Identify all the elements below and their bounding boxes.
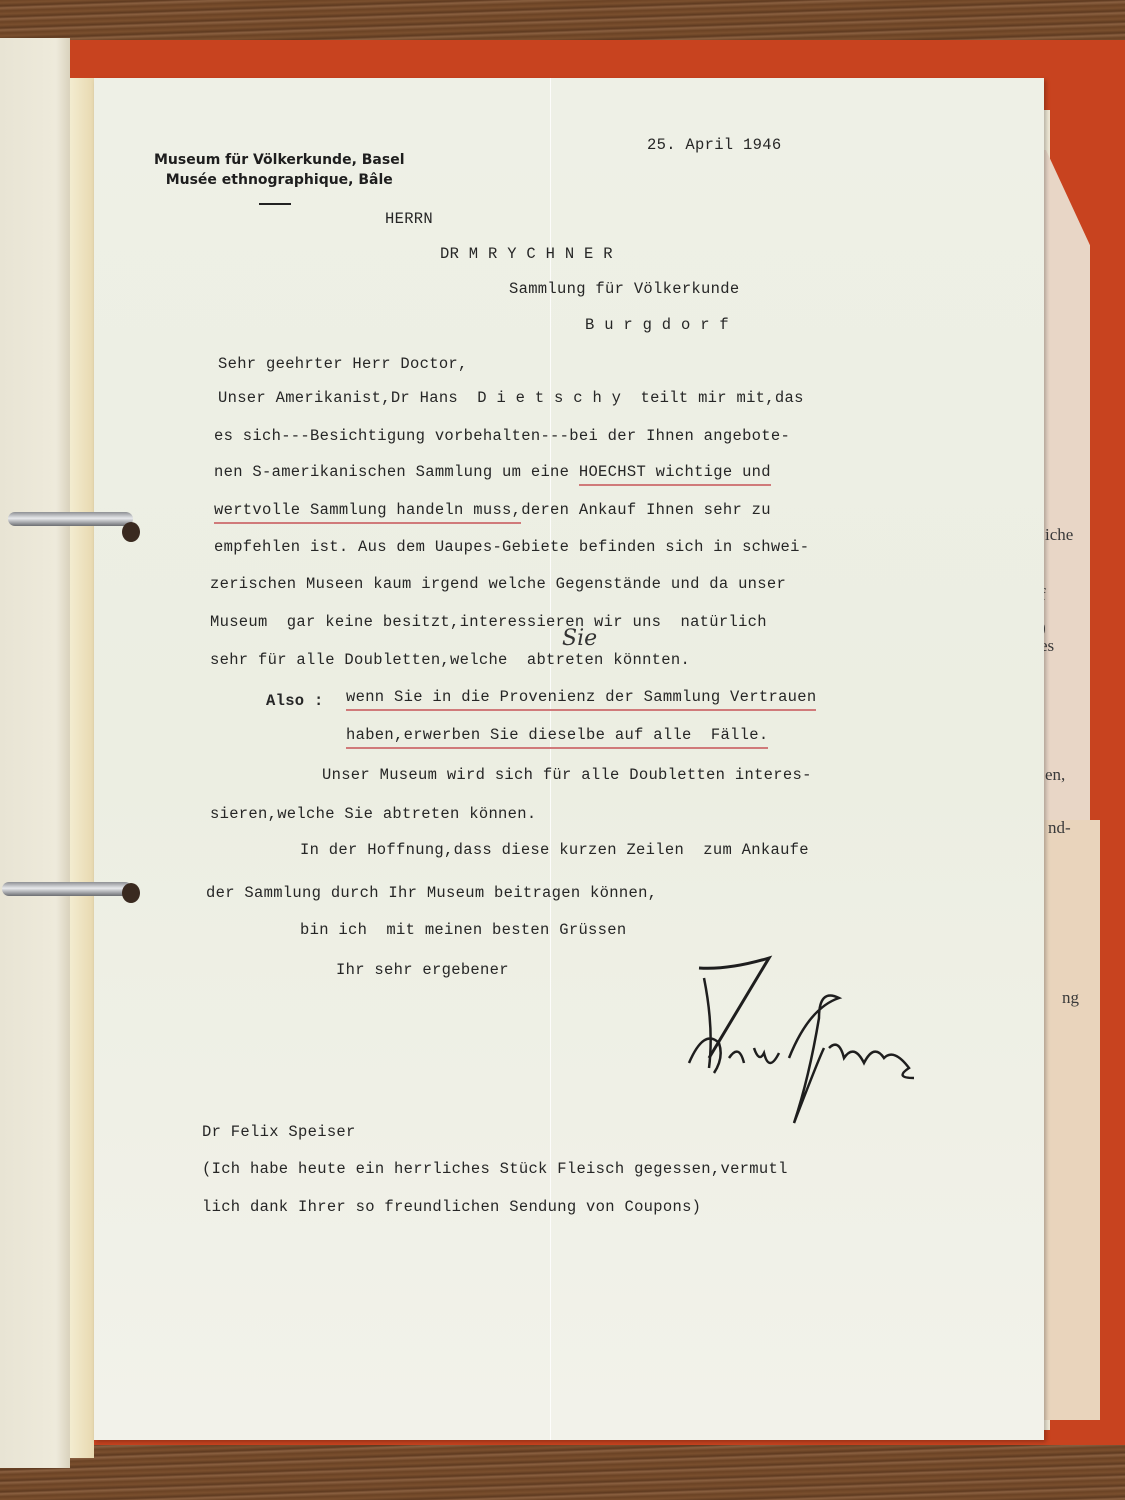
- signature-icon: Felix Speiser: [669, 948, 929, 1148]
- closing-line: Ihr sehr ergebener: [336, 961, 509, 979]
- svg-text:Felix Speiser: Felix Speiser: [799, 1142, 807, 1144]
- emphasis-line-2: haben,erwerben Sie dieselbe auf alle Fäl…: [346, 726, 768, 749]
- closing-line: In der Hoffnung,dass diese kurzen Zeilen…: [300, 841, 809, 859]
- paragraph-line: sieren,welche Sie abtreten können.: [210, 805, 536, 823]
- fragment-text: nd-: [1048, 818, 1071, 838]
- paragraph-line: Unser Museum wird sich für alle Doublett…: [322, 766, 812, 784]
- binder-ring: [2, 882, 132, 896]
- postscript-line: (Ich habe heute ein herrliches Stück Fle…: [202, 1160, 788, 1178]
- letterhead-line-2: Musée ethnographique, Bâle: [154, 170, 405, 190]
- recipient-institution: Sammlung für Völkerkunde: [509, 280, 739, 298]
- postscript-line: lich dank Ihrer so freundlichen Sendung …: [202, 1198, 701, 1216]
- underlined-phrase: wertvolle Sammlung handeln muss,: [214, 501, 521, 524]
- binder-ring: [8, 512, 133, 526]
- body-line: Museum gar keine besitzt,interessieren w…: [210, 613, 767, 631]
- signatory-name: Dr Felix Speiser: [202, 1123, 356, 1141]
- letter-page: Museum für Völkerkunde, Basel Musée ethn…: [94, 78, 1044, 1440]
- letter-date: 25. April 1946: [647, 136, 781, 154]
- closing-line: der Sammlung durch Ihr Museum beitragen …: [206, 884, 657, 902]
- body-line: nen S-amerikanischen Sammlung um eine HO…: [214, 463, 771, 481]
- emphasis-line-1: wenn Sie in die Provenienz der Sammlung …: [346, 688, 816, 711]
- fragment-text: ng: [1062, 988, 1079, 1008]
- ring-hole: [122, 522, 140, 542]
- letterhead: Museum für Völkerkunde, Basel Musée ethn…: [154, 150, 405, 190]
- letterhead-rule: [259, 203, 291, 205]
- greeting: Sehr geehrter Herr Doctor,: [218, 355, 468, 373]
- body-line: sehr für alle Doubletten,welche abtreten…: [210, 651, 690, 669]
- fragment-text: iche: [1045, 525, 1073, 545]
- emphasis-label: Also :: [266, 692, 324, 710]
- recipient-city: B u r g d o r f: [585, 316, 729, 334]
- letterhead-line-1: Museum für Völkerkunde, Basel: [154, 150, 405, 170]
- closing-line: bin ich mit meinen besten Grüssen: [300, 921, 626, 939]
- underlined-phrase: HOECHST wichtige und: [579, 463, 771, 486]
- body-line: empfehlen ist. Aus dem Uaupes-Gebiete be…: [214, 538, 809, 556]
- handwritten-insert: Sie: [562, 626, 597, 651]
- body-line: wertvolle Sammlung handeln muss,deren An…: [214, 501, 771, 519]
- body-line: Unser Amerikanist,Dr Hans D i e t s c h …: [218, 389, 804, 407]
- ring-hole: [122, 883, 140, 903]
- binder-spine: [70, 78, 94, 1458]
- body-line: es sich---Besichtigung vorbehalten---bei…: [214, 427, 790, 445]
- fragment-text: en,: [1045, 765, 1065, 785]
- left-binder-page: [0, 38, 70, 1468]
- recipient-prefix: HERRN: [385, 210, 433, 228]
- body-line: zerischen Museen kaum irgend welche Gege…: [210, 575, 786, 593]
- recipient-name: DR M R Y C H N E R: [440, 245, 613, 263]
